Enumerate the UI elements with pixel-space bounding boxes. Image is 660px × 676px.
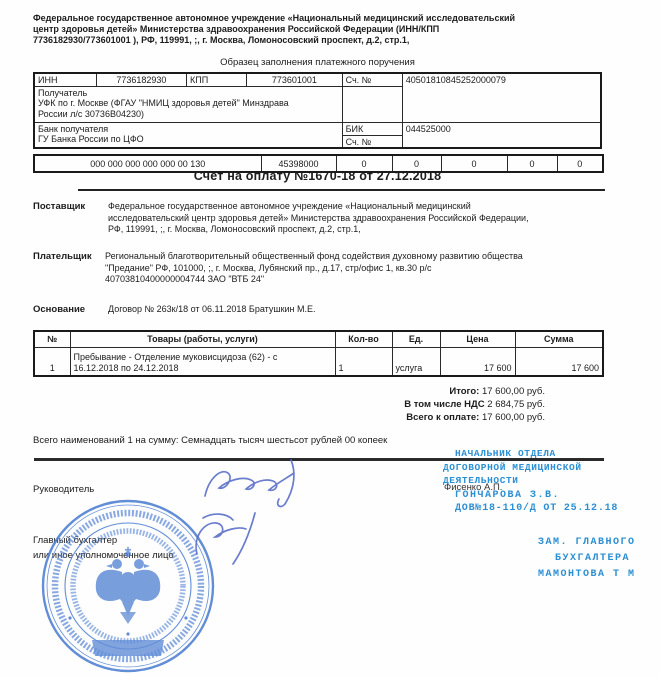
supplier-line: исследовательский центр здоровья детей» … <box>108 213 620 225</box>
corr-account-label: Сч. № <box>342 135 402 148</box>
bank-cell: Банк получателя ГУ Банка России по ЦФО <box>34 122 342 148</box>
title-divider <box>78 189 605 191</box>
item-sum: 17 600 <box>515 348 603 376</box>
vat-value: 2 684,75 руб. <box>487 399 545 410</box>
bank-name: ГУ Банка России по ЦФО <box>38 134 339 145</box>
header-line: 7736182930/773601001 ), РФ, 119991, ;, г… <box>33 35 625 46</box>
item-number: 1 <box>34 348 70 376</box>
col-sum: Сумма <box>515 331 603 348</box>
item-name-line: 16.12.2018 по 24.12.2018 <box>74 363 332 374</box>
supplier-text: Федеральное государственное автономное у… <box>108 201 620 236</box>
item-unit: услуга <box>392 348 440 376</box>
payer-line: Региональный благотворительный обществен… <box>105 251 617 263</box>
total-label: Всего к оплате: <box>406 412 479 423</box>
payer-line: "Предание" РФ, 101000, ;, г. Москва, Луб… <box>105 263 617 275</box>
recipient-line: УФК по г. Москве (ФГАУ "НМИЦ здоровья де… <box>38 98 339 109</box>
header-line: центр здоровья детей» Министерства здрав… <box>33 24 625 35</box>
bik-value: 044525000 <box>402 122 601 148</box>
bank-label: Банк получателя <box>38 124 339 135</box>
payer-text: Региональный благотворительный обществен… <box>105 251 617 286</box>
vat-label: В том числе НДС <box>404 399 484 410</box>
total-value: 17 600,00 руб. <box>482 412 545 423</box>
col-goods: Товары (работы, услуги) <box>70 331 335 348</box>
col-unit: Ед. <box>392 331 440 348</box>
supplier-line: РФ, 119991, ;, г. Москва, Ломоносовский … <box>108 224 620 236</box>
col-qty: Кол-во <box>335 331 392 348</box>
supplier-line: Федеральное государственное автономное у… <box>108 201 620 213</box>
item-row: 1 Пребывание - Отделение муковисцидоза (… <box>34 348 603 376</box>
recipient-label: Получатель <box>38 88 339 99</box>
document-header: Федеральное государственное автономное у… <box>33 13 625 46</box>
itogo-label: Итого: <box>449 386 479 397</box>
basis-text: Договор № 263к/18 от 06.11.2018 Братушки… <box>108 304 620 316</box>
payer-label: Плательщик <box>33 251 92 262</box>
recipient-cell: Получатель УФК по г. Москве (ФГАУ "НМИЦ … <box>34 86 342 122</box>
inn-label: ИНН <box>34 73 96 86</box>
totals-block: Итого: 17 600,00 руб. В том числе НДС 2 … <box>280 385 545 424</box>
basis-label: Основание <box>33 304 85 315</box>
bank-requisites-table: ИНН 7736182930 КПП 773601001 Сч. № 40501… <box>33 72 602 149</box>
recipient-line: России л/с 30736В04230) <box>38 109 339 120</box>
director-name: Фисенко А.П. <box>444 482 502 493</box>
totals-payable: Всего к оплате: 17 600,00 руб. <box>280 411 545 424</box>
invoice-document: Федеральное государственное автономное у… <box>0 0 660 676</box>
itogo-value: 17 600,00 руб. <box>482 386 545 397</box>
item-qty: 1 <box>335 348 392 376</box>
account-value: 40501810845252000079 <box>402 73 601 122</box>
stamp-line: НАЧАЛЬНИК ОТДЕЛА <box>455 447 618 461</box>
director-signature <box>195 456 320 508</box>
bik-label: БИК <box>342 122 402 135</box>
stamp-line: ДОГОВОРНОЙ МЕДИЦИНСКОЙ <box>443 461 618 475</box>
header-line: Федеральное государственное автономное у… <box>33 13 625 24</box>
payment-order-sample-caption: Образец заполнения платежного поручения <box>33 57 602 68</box>
col-number: № <box>34 331 70 348</box>
totals-itogo: Итого: 17 600,00 руб. <box>280 385 545 398</box>
supplier-label: Поставщик <box>33 201 85 212</box>
accountant-signature <box>183 510 278 568</box>
seal-banner <box>92 640 164 656</box>
kpp-label: КПП <box>187 73 247 86</box>
invoice-title: Счет на оплату №1670-18 от 27.12.2018 <box>33 169 602 183</box>
totals-vat: В том числе НДС 2 684,75 руб. <box>280 398 545 411</box>
stamp-line: МАМОНТОВА Т М <box>538 567 636 583</box>
deputy-accountant-stamp: ЗАМ. ГЛАВНОГО БУХГАЛТЕРА МАМОНТОВА Т М <box>538 535 636 583</box>
item-name: Пребывание - Отделение муковисцидоза (62… <box>70 348 335 376</box>
item-price: 17 600 <box>440 348 515 376</box>
account-label-spacer <box>342 86 402 122</box>
kpp-value: 773601001 <box>247 73 342 86</box>
stamp-line: ЗАМ. ГЛАВНОГО <box>538 535 636 551</box>
col-price: Цена <box>440 331 515 348</box>
items-header-row: № Товары (работы, услуги) Кол-во Ед. Цен… <box>34 331 603 348</box>
item-name-line: Пребывание - Отделение муковисцидоза (62… <box>74 352 332 363</box>
stamp-line: ДОВ№18-110/Д ОТ 25.12.18 <box>455 502 618 516</box>
payer-line: 40703810400000004744 ЗАО "ВТБ 24" <box>105 274 617 286</box>
items-table: № Товары (работы, услуги) Кол-во Ед. Цен… <box>33 330 604 377</box>
stamp-line: БУХГАЛТЕРА <box>555 551 636 567</box>
inn-value: 7736182930 <box>96 73 186 86</box>
double-headed-eagle-emblem <box>96 547 160 624</box>
account-label: Сч. № <box>342 73 402 86</box>
amount-in-words: Всего наименований 1 на сумму: Семнадцат… <box>33 435 387 446</box>
director-label: Руководитель <box>33 484 94 495</box>
